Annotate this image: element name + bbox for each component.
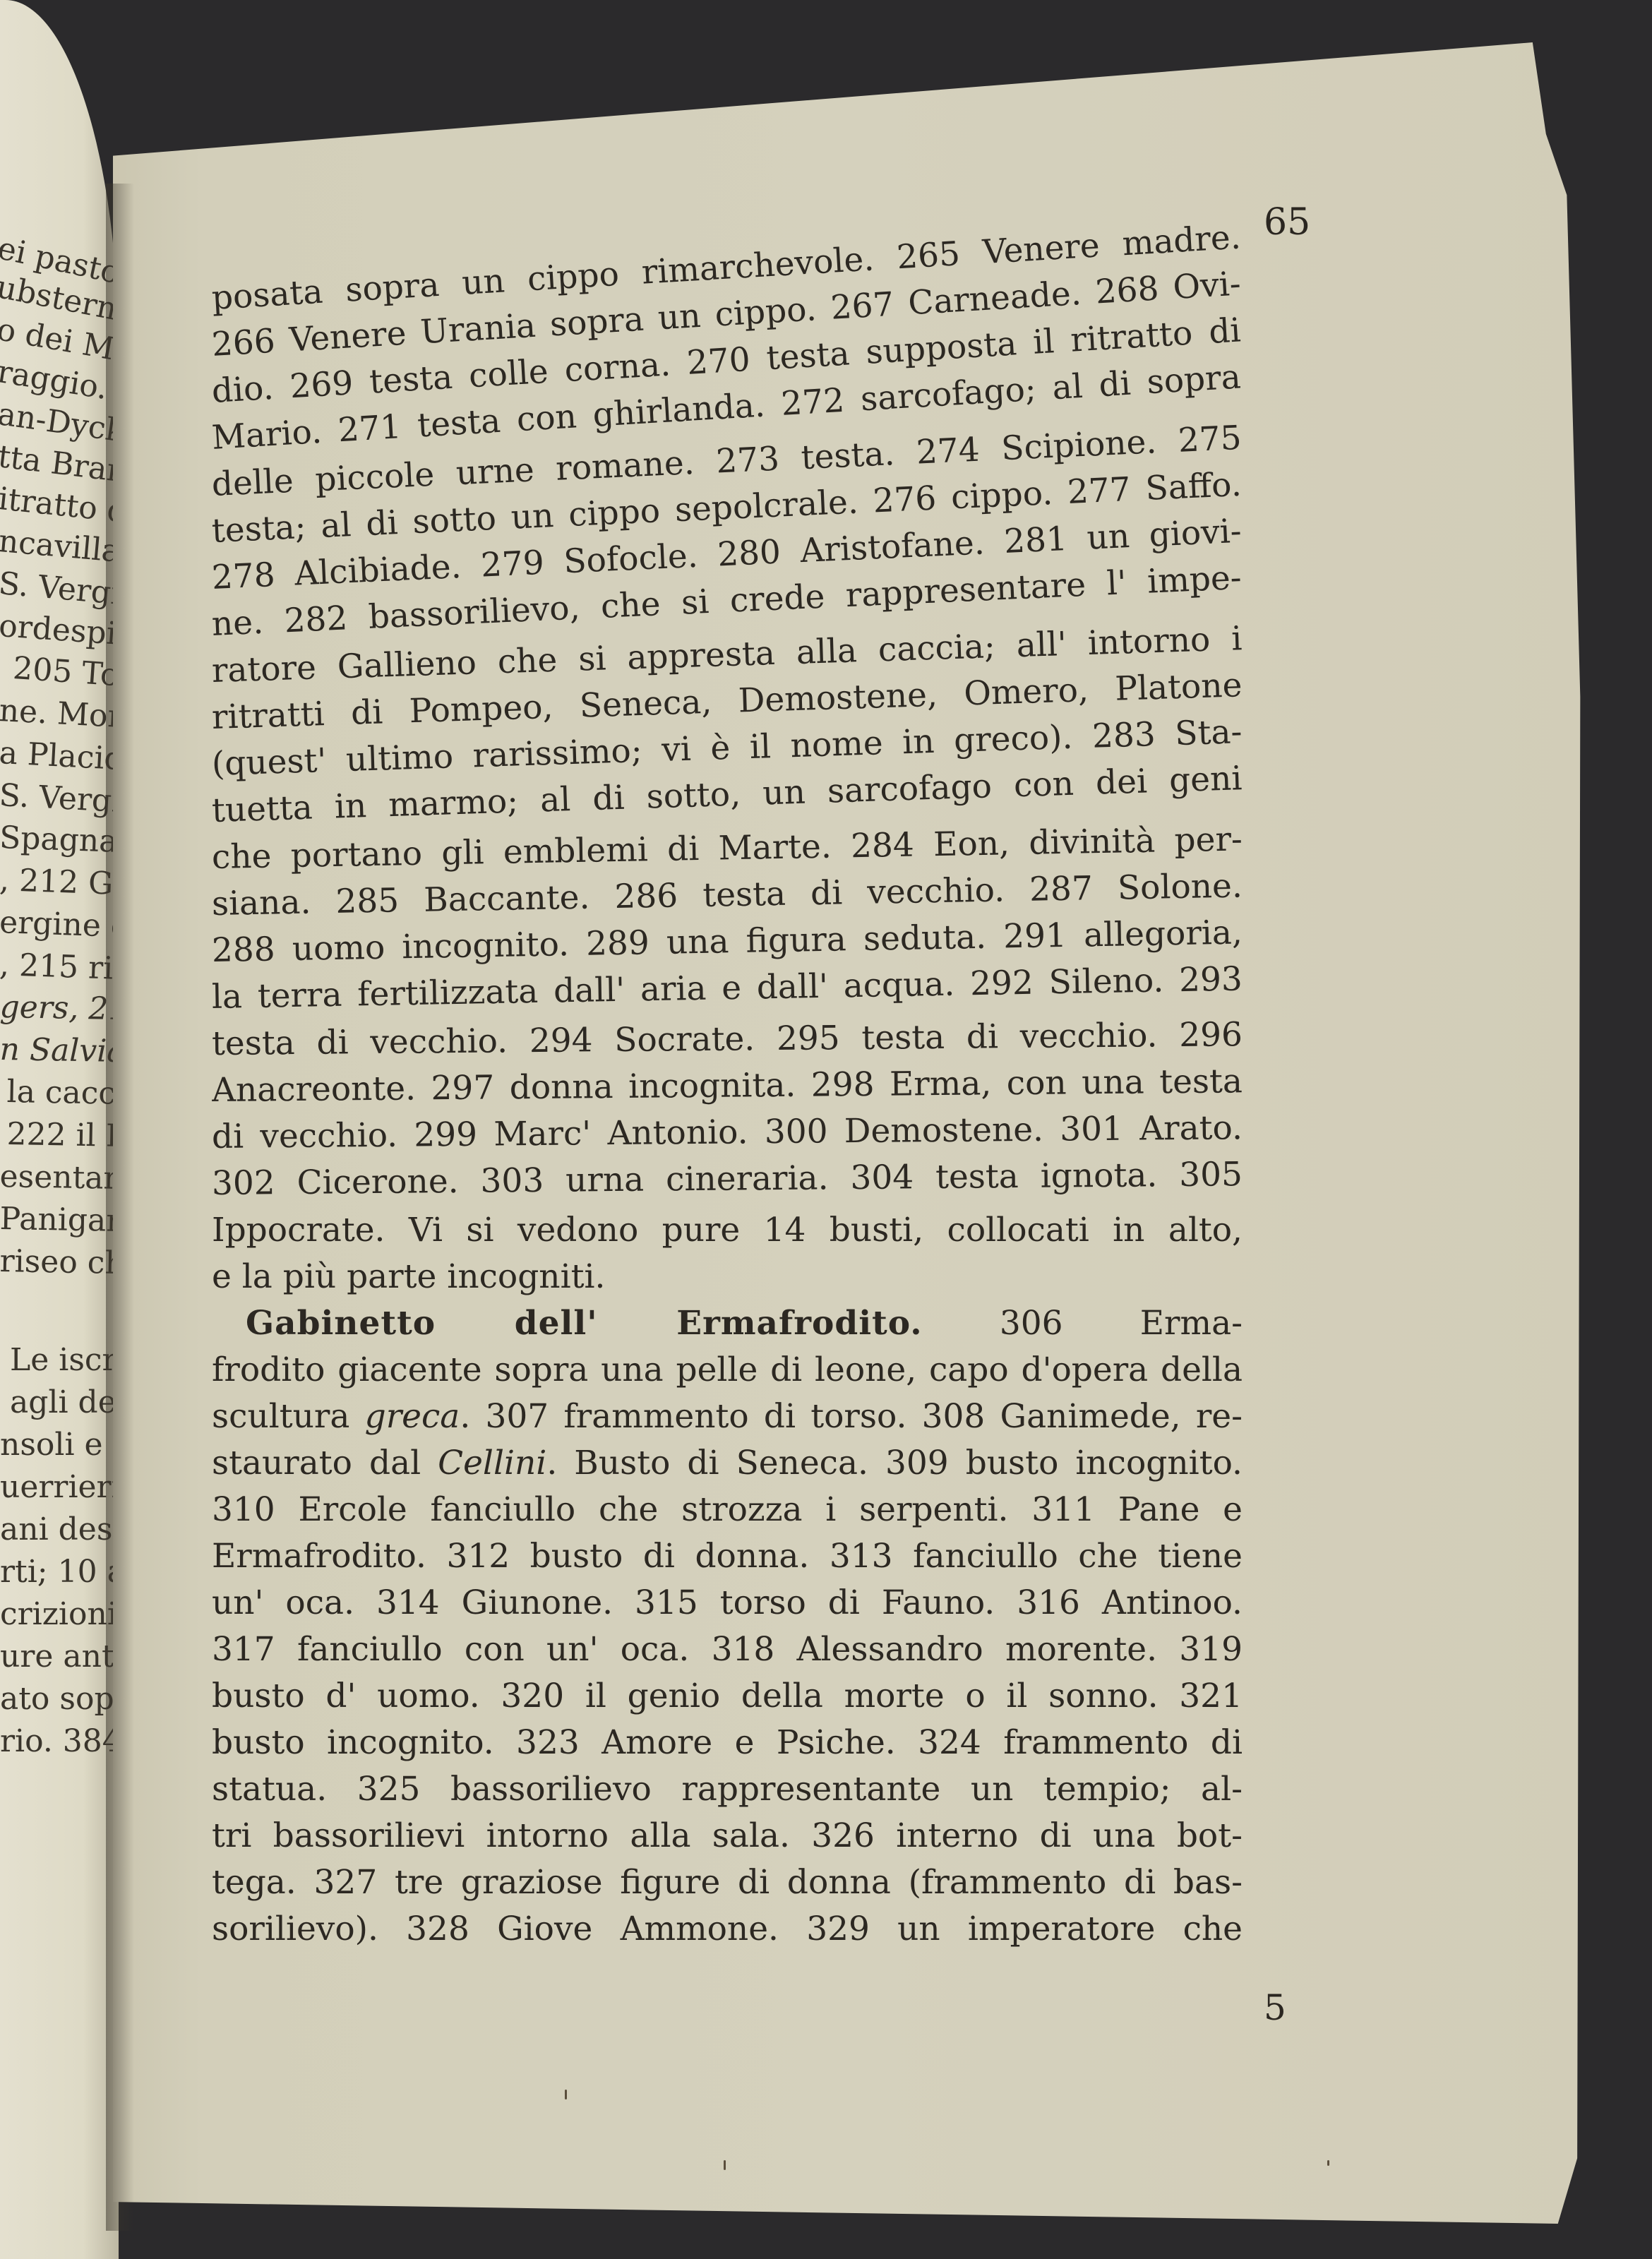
- left-page-line: a Placida. B: [0, 738, 119, 779]
- text-span: . 307 frammento di torso. 308 Ganimede, …: [460, 1397, 1243, 1436]
- left-page-line: 205 Torquato: [12, 653, 119, 699]
- left-page-line: ani design: [0, 1514, 119, 1545]
- left-page-line: 222 il Divi: [6, 1119, 119, 1153]
- left-page-line: Spagna. A: [0, 822, 119, 859]
- text-line: 317 fanciullo con un' oca. 318 Alessandr…: [212, 1626, 1243, 1673]
- text-line: scultura greca. 307 frammento di torso. …: [212, 1394, 1243, 1440]
- left-page-line: ordespina. A: [0, 611, 119, 655]
- left-page-line: ato sopra u: [0, 1684, 119, 1715]
- left-page-line: , 215 ritra: [0, 949, 119, 986]
- text-line: 302 Cicerone. 303 urna cineraria. 304 te…: [212, 1151, 1243, 1207]
- paper-speck: [724, 2160, 726, 2170]
- gutter-shadow: [106, 184, 134, 2231]
- text-line: busto incognito. 323 Amore e Psiche. 324…: [212, 1720, 1243, 1766]
- text-line: frodito giacente sopra una pelle di leon…: [212, 1347, 1243, 1394]
- left-page-line: ne. Moretto.: [0, 695, 119, 736]
- text-line: sorilievo). 328 Giove Ammone. 329 un imp…: [212, 1906, 1243, 1953]
- left-page-line: uerrieri; 1: [0, 1472, 119, 1503]
- text-block: posata sopra un cippo rimarchevole. 265 …: [212, 275, 1243, 1953]
- text-line: un' oca. 314 Giunone. 315 torso di Fauno…: [212, 1580, 1243, 1626]
- paper-speck: [565, 2090, 567, 2099]
- left-page-line: crizioni d: [0, 1599, 119, 1630]
- left-page-line: nsoli e ai m: [0, 1430, 119, 1461]
- italic-word: Cellini: [438, 1444, 546, 1482]
- text-line: busto d' uomo. 320 il genio della morte …: [212, 1673, 1243, 1720]
- text-line: statua. 325 bassorilievo rappresentante …: [212, 1766, 1243, 1813]
- italic-word: greca: [365, 1397, 460, 1436]
- left-page-fragment: ei pastori. Sp ubsternona, 19 o dei Medi…: [0, 0, 119, 2259]
- section-heading-tail: 306 Erma-: [923, 1304, 1243, 1343]
- text-line: tri bassorilievi intorno alla sala. 326 …: [212, 1813, 1243, 1859]
- left-page-line: riseo che m: [0, 1246, 119, 1281]
- left-page-line: agli dei e a: [10, 1387, 119, 1418]
- section-heading: Gabinetto dell' Ermafrodito.: [246, 1304, 923, 1343]
- right-page: 65 posata sopra un cippo rimarchevole. 2…: [113, 42, 1603, 2224]
- text-span: staurato dal: [212, 1444, 438, 1482]
- left-page-line: rti; 10 all: [0, 1557, 119, 1588]
- left-page-line: Panigarola c: [0, 1204, 119, 1238]
- text-span: scultura: [212, 1397, 365, 1436]
- text-span: . Busto di Seneca. 309 busto incognito.: [546, 1444, 1243, 1482]
- left-page-line: la caccia de: [6, 1077, 119, 1111]
- text-line: 310 Ercole fanciullo che strozza i serpe…: [212, 1487, 1243, 1533]
- text-line: e la più parte incogniti.: [212, 1254, 1243, 1300]
- signature-mark: 5: [1264, 1987, 1286, 2028]
- text-line: Ippocrate. Vi si vedono pure 14 busti, c…: [212, 1207, 1243, 1254]
- section-heading-line: Gabinetto dell' Ermafrodito. 306 Erma-: [212, 1300, 1243, 1347]
- left-page-line: ure antich: [0, 1641, 119, 1672]
- left-page-line: n Salviati, 2: [0, 1034, 119, 1069]
- left-page-line: gers, 217 la: [0, 992, 119, 1026]
- paper-speck: [1327, 2160, 1329, 2166]
- left-page-line: esentano gl: [0, 1161, 119, 1195]
- left-page-line: , 212 G. Cri: [0, 865, 119, 902]
- left-page-line: rio. 384: [0, 1726, 119, 1757]
- text-line: tega. 327 tre graziose figure di donna (…: [212, 1859, 1243, 1906]
- text-line: Ermafrodito. 312 busto di donna. 313 fan…: [212, 1533, 1243, 1580]
- left-page-line: Le iscrizi: [10, 1345, 119, 1376]
- left-page-line: ergine col: [0, 907, 119, 944]
- page-number: 65: [1264, 201, 1310, 244]
- text-line: staurato dal Cellini. Busto di Seneca. 3…: [212, 1440, 1243, 1487]
- left-page-line: S. Vergine. I: [0, 780, 119, 821]
